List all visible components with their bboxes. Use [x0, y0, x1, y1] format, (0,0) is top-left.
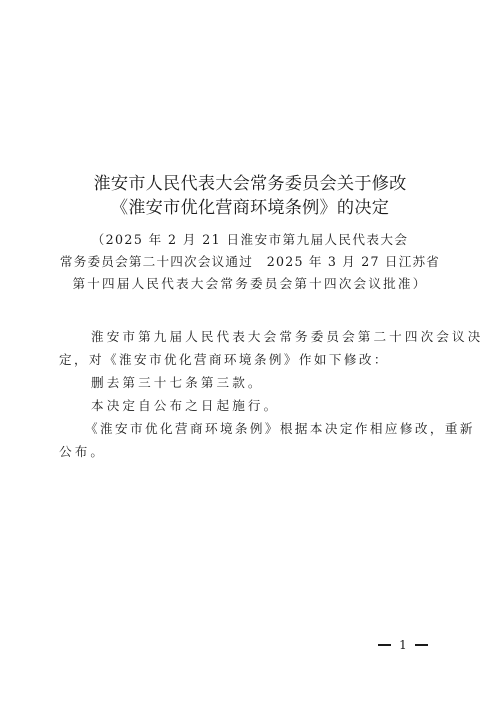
- title-line-2: 《淮安市优化营商环境条例》的决定: [0, 196, 500, 220]
- subtitle-line-3: 第十四届人民代表大会常务委员会第十四次会议批准）: [0, 273, 500, 295]
- document-page: 淮安市人民代表大会常务委员会关于修改 《淮安市优化营商环境条例》的决定 （202…: [0, 0, 500, 707]
- paragraph-line: 删去第三十七条第三款。: [59, 371, 439, 394]
- paragraph-republish: 《淮安市优化营商环境条例》根据本决定作相应修改，重新 公布。: [59, 417, 439, 463]
- paragraph-decision: 淮安市第九届人民代表大会常务委员会第二十四次会议决 定，对《淮安市优化营商环境条…: [59, 325, 439, 371]
- title-line-1: 淮安市人民代表大会常务委员会关于修改: [0, 172, 500, 196]
- subtitle-line-1: （2025 年 2 月 21 日淮安市第九届人民代表大会: [0, 229, 500, 251]
- paragraph-line: 本决定自公布之日起施行。: [59, 394, 439, 417]
- paragraph-line: 《淮安市优化营商环境条例》根据本决定作相应修改，重新: [59, 417, 439, 440]
- page-number-value: 1: [397, 637, 409, 653]
- paragraph-line: 淮安市第九届人民代表大会常务委员会第二十四次会议决: [59, 325, 439, 348]
- paragraph-amendment: 删去第三十七条第三款。: [59, 371, 439, 394]
- document-subtitle: （2025 年 2 月 21 日淮安市第九届人民代表大会 常务委员会第二十四次会…: [0, 229, 500, 295]
- subtitle-line-2: 常务委员会第二十四次会议通过 2025 年 3 月 27 日江苏省: [0, 251, 500, 273]
- page-number: 1: [378, 637, 428, 653]
- dash-left: [378, 644, 391, 645]
- document-body: 淮安市第九届人民代表大会常务委员会第二十四次会议决 定，对《淮安市优化营商环境条…: [59, 325, 439, 463]
- paragraph-line: 定，对《淮安市优化营商环境条例》作如下修改：: [59, 348, 439, 371]
- paragraph-effective-date: 本决定自公布之日起施行。: [59, 394, 439, 417]
- paragraph-line: 公布。: [59, 440, 439, 463]
- document-title: 淮安市人民代表大会常务委员会关于修改 《淮安市优化营商环境条例》的决定: [0, 172, 500, 220]
- dash-right: [415, 644, 428, 645]
